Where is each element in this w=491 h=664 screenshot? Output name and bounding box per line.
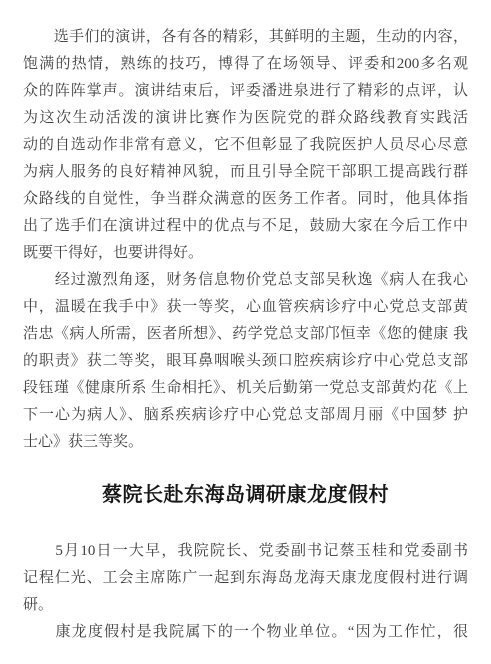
document-body: 选手们的演讲，各有各的精彩，其鲜明的主题，生动的内容，饱满的热情，熟练的技巧，博…: [23, 24, 468, 646]
text-line: 众的阵阵掌声。演讲结束后，评委潘进泉进行了精彩的点评，认: [23, 78, 468, 105]
text-line: 饱满的热情，熟练的技巧，博得了在场领导、评委和200多名观: [23, 51, 468, 78]
text-line: 出了选手们在演讲过程中的优点与不足，鼓励大家在今后工作中: [23, 213, 468, 240]
text-line: 浩忠《病人所需，医者所想》、药学党总支部邝恒幸《您的健康 我: [23, 321, 468, 348]
document-page: 选手们的演讲，各有各的精彩，其鲜明的主题，生动的内容，饱满的热情，熟练的技巧，博…: [0, 0, 491, 664]
paragraph-award-results: 经过激烈角逐，财务信息物价党总支部吴秋逸《病人在我心中，温暖在我手中》获一等奖，…: [23, 267, 468, 456]
paragraph-visit-intro: 5月10日一大早，我院院长、党委副书记蔡玉桂和党委副书记程仁光、工会主席陈广一起…: [23, 538, 468, 619]
text-line: 研。: [23, 592, 468, 619]
article-title: 蔡院长赴东海岛调研康龙度假村: [23, 480, 468, 510]
text-line: 段钰瑾《健康所系 生命相托》、机关后勤第一党总支部黄灼花《上: [23, 375, 468, 402]
text-line: 5月10日一大早，我院院长、党委副书记蔡玉桂和党委副书: [23, 538, 468, 565]
text-line: 为病人服务的良好精神风貌，而且引导全院干部职工提高践行群: [23, 159, 468, 186]
text-line: 下一心为病人》、脑系疾病诊疗中心党总支部周月丽《中国梦 护: [23, 402, 468, 429]
text-line: 动的自选动作非常有意义，它不但彰显了我院医护人员尽心尽意: [23, 132, 468, 159]
paragraph-resort-intro: 康龙度假村是我院属下的一个物业单位。“因为工作忙，很: [23, 619, 468, 646]
text-line: 的职责》获二等奖，眼耳鼻咽喉头颈口腔疾病诊疗中心党总支部: [23, 348, 468, 375]
text-line: 康龙度假村是我院属下的一个物业单位。“因为工作忙，很: [23, 619, 468, 646]
text-line: 记程仁光、工会主席陈广一起到东海岛龙海天康龙度假村进行调: [23, 565, 468, 592]
text-line: 经过激烈角逐，财务信息物价党总支部吴秋逸《病人在我心: [23, 267, 468, 294]
text-line: 选手们的演讲，各有各的精彩，其鲜明的主题，生动的内容，: [23, 24, 468, 51]
text-line: 中，温暖在我手中》获一等奖，心血管疾病诊疗中心党总支部黄: [23, 294, 468, 321]
paragraph-speech-commentary: 选手们的演讲，各有各的精彩，其鲜明的主题，生动的内容，饱满的热情，熟练的技巧，博…: [23, 24, 468, 267]
text-line: 既要干得好，也要讲得好。: [23, 240, 468, 267]
text-line: 众路线的自觉性，争当群众满意的医务工作者。同时，他具体指: [23, 186, 468, 213]
text-line: 为这次生动活泼的演讲比赛作为医院党的群众路线教育实践活: [23, 105, 468, 132]
text-line: 士心》获三等奖。: [23, 429, 468, 456]
